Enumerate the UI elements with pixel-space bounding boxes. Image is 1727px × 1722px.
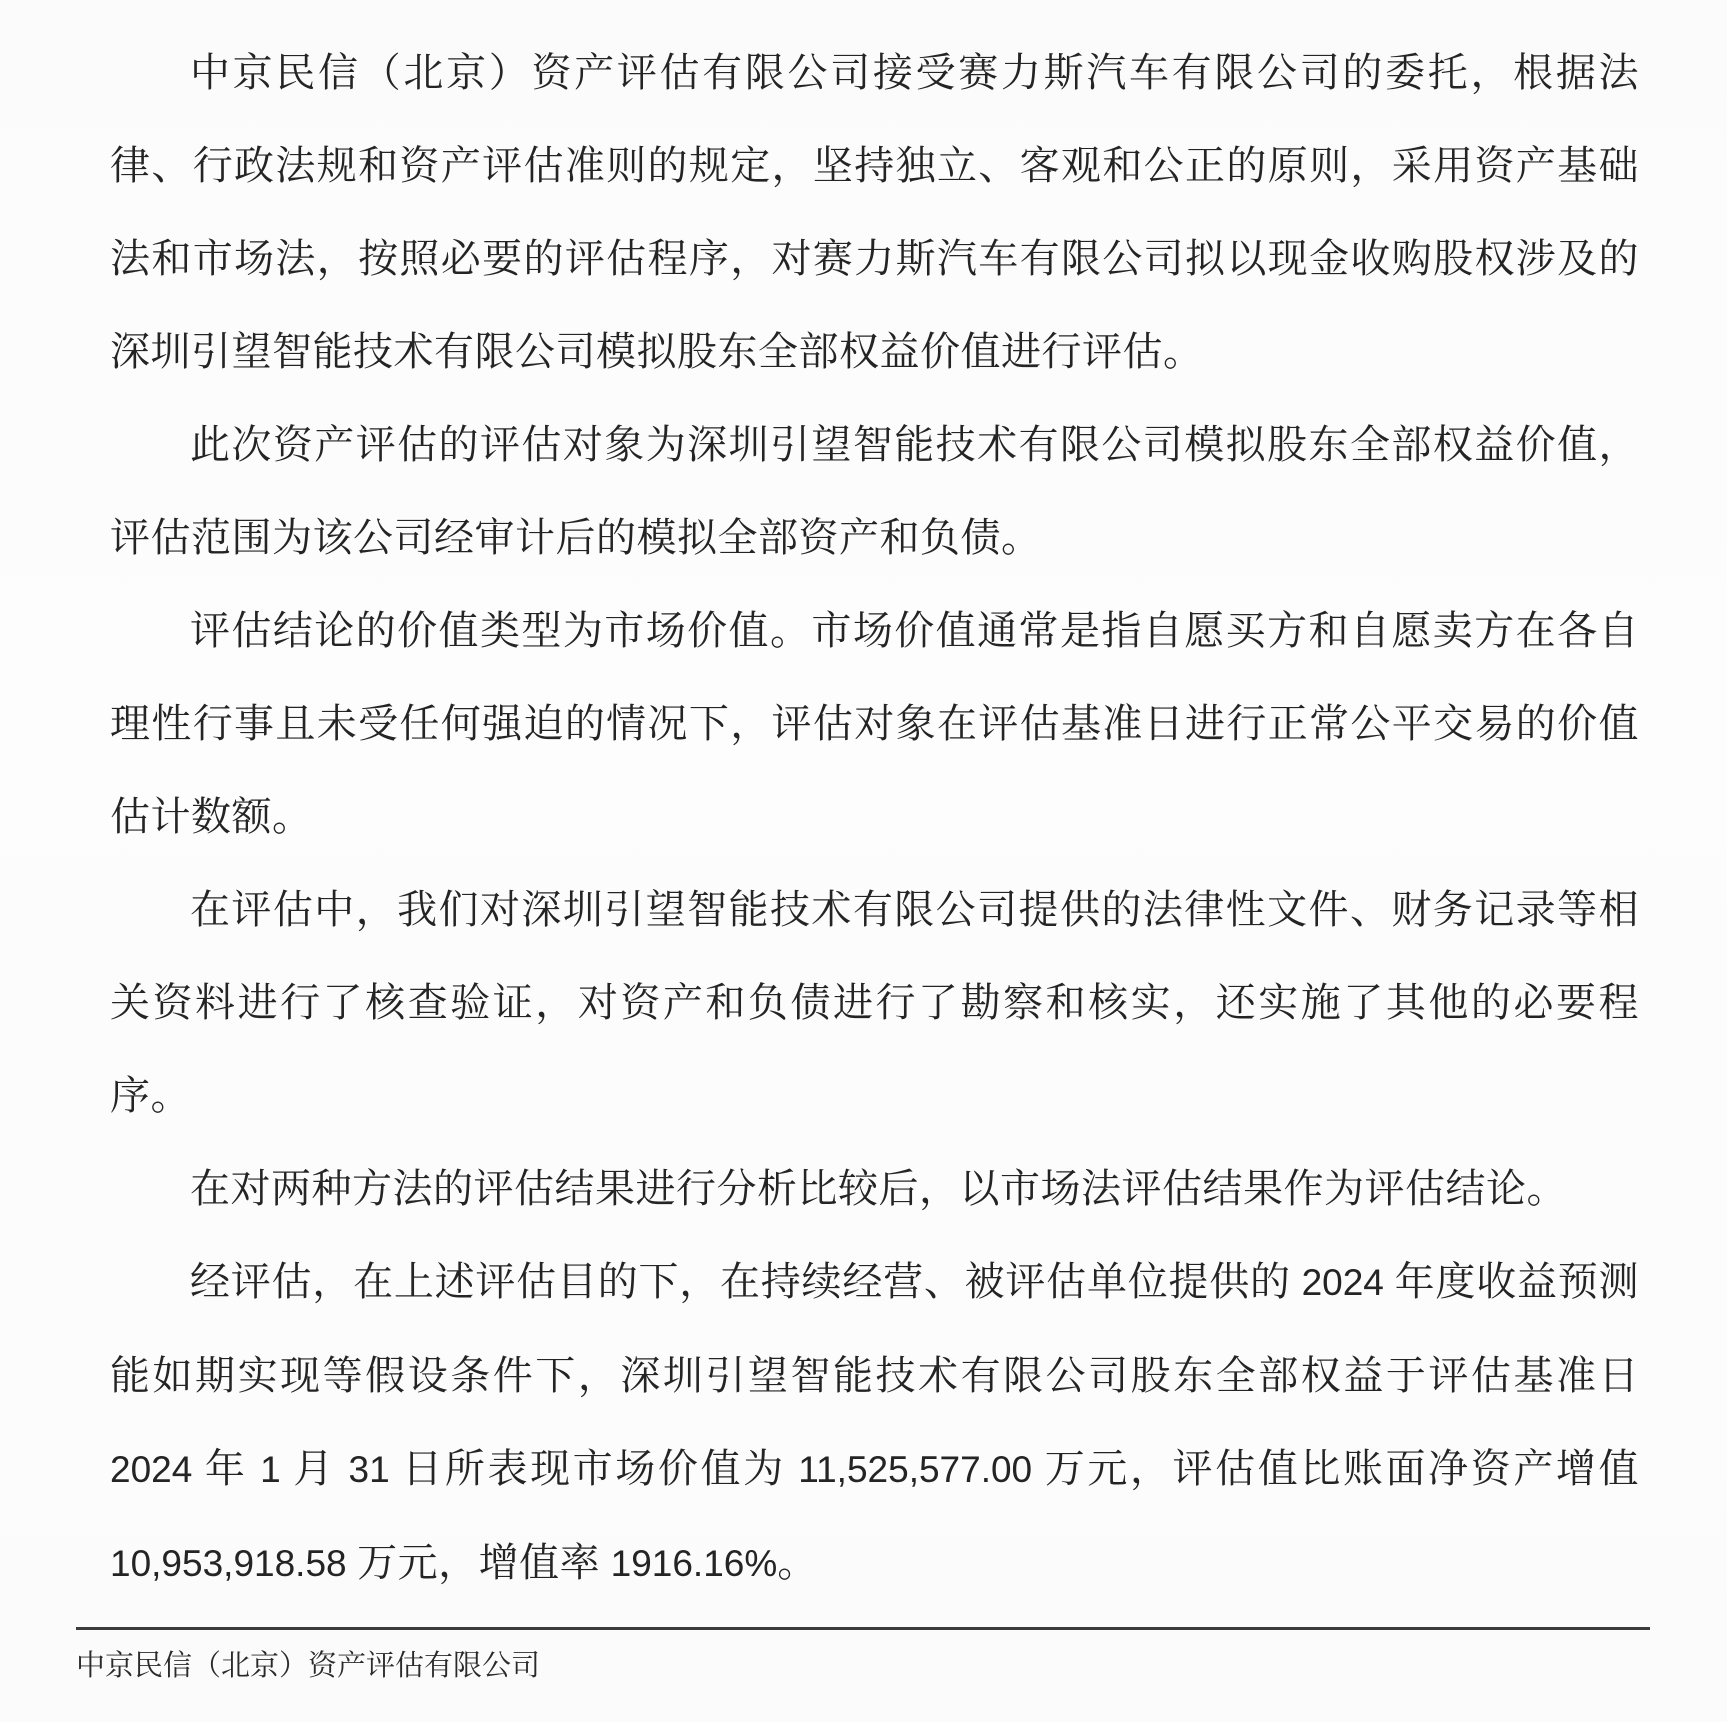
paragraph-valuation-result: 经评估，在上述评估目的下，在持续经营、被评估单位提供的 2024 年度收益预测能… <box>110 1235 1639 1610</box>
market-value-amount: 11,525,577.00 <box>798 1449 1032 1490</box>
base-date-year-value: 2024 <box>110 1449 192 1490</box>
text-run: 万元，增值率 <box>347 1540 611 1585</box>
text-run: 日所表现市场价值为 <box>390 1446 799 1491</box>
paragraph-method-conclusion: 在对两种方法的评估结果进行分析比较后，以市场法评估结果作为评估结论。 <box>110 1142 1639 1235</box>
text-run: 月 <box>281 1446 349 1491</box>
base-date-day-value: 31 <box>349 1449 390 1490</box>
paragraph-procedures: 在评估中，我们对深圳引望智能技术有限公司提供的法律性文件、财务记录等相关资料进行… <box>110 863 1639 1142</box>
paragraph-value-type: 评估结论的价值类型为市场价值。市场价值通常是指自愿买方和自愿卖方在各自理性行事且… <box>110 584 1639 863</box>
text-run: 。 <box>777 1540 818 1585</box>
paragraph-engagement: 中京民信（北京）资产评估有限公司接受赛力斯汽车有限公司的委托，根据法律、行政法规… <box>110 26 1639 398</box>
paragraph-scope: 此次资产评估的评估对象为深圳引望智能技术有限公司模拟股东全部权益价值，评估范围为… <box>110 398 1639 584</box>
page-footer: 中京民信（北京）资产评估有限公司 <box>76 1627 1650 1684</box>
year-value: 2024 <box>1302 1262 1384 1303</box>
appreciation-rate: 1916.16% <box>611 1543 778 1584</box>
appreciation-amount: 10,953,918.58 <box>110 1543 347 1584</box>
text-run: 万元，评估值比账面净资产增值 <box>1032 1446 1639 1491</box>
base-date-month-value: 1 <box>260 1449 281 1490</box>
document-page: 中京民信（北京）资产评估有限公司接受赛力斯汽车有限公司的委托，根据法律、行政法规… <box>0 0 1727 1722</box>
text-run: 经评估，在上述评估目的下，在持续经营、被评估单位提供的 <box>190 1259 1302 1304</box>
footer-company-name: 中京民信（北京）资产评估有限公司 <box>76 1643 1650 1684</box>
footer-divider <box>76 1627 1650 1630</box>
report-body: 中京民信（北京）资产评估有限公司接受赛力斯汽车有限公司的委托，根据法律、行政法规… <box>110 26 1639 1610</box>
text-run: 年 <box>192 1446 260 1491</box>
